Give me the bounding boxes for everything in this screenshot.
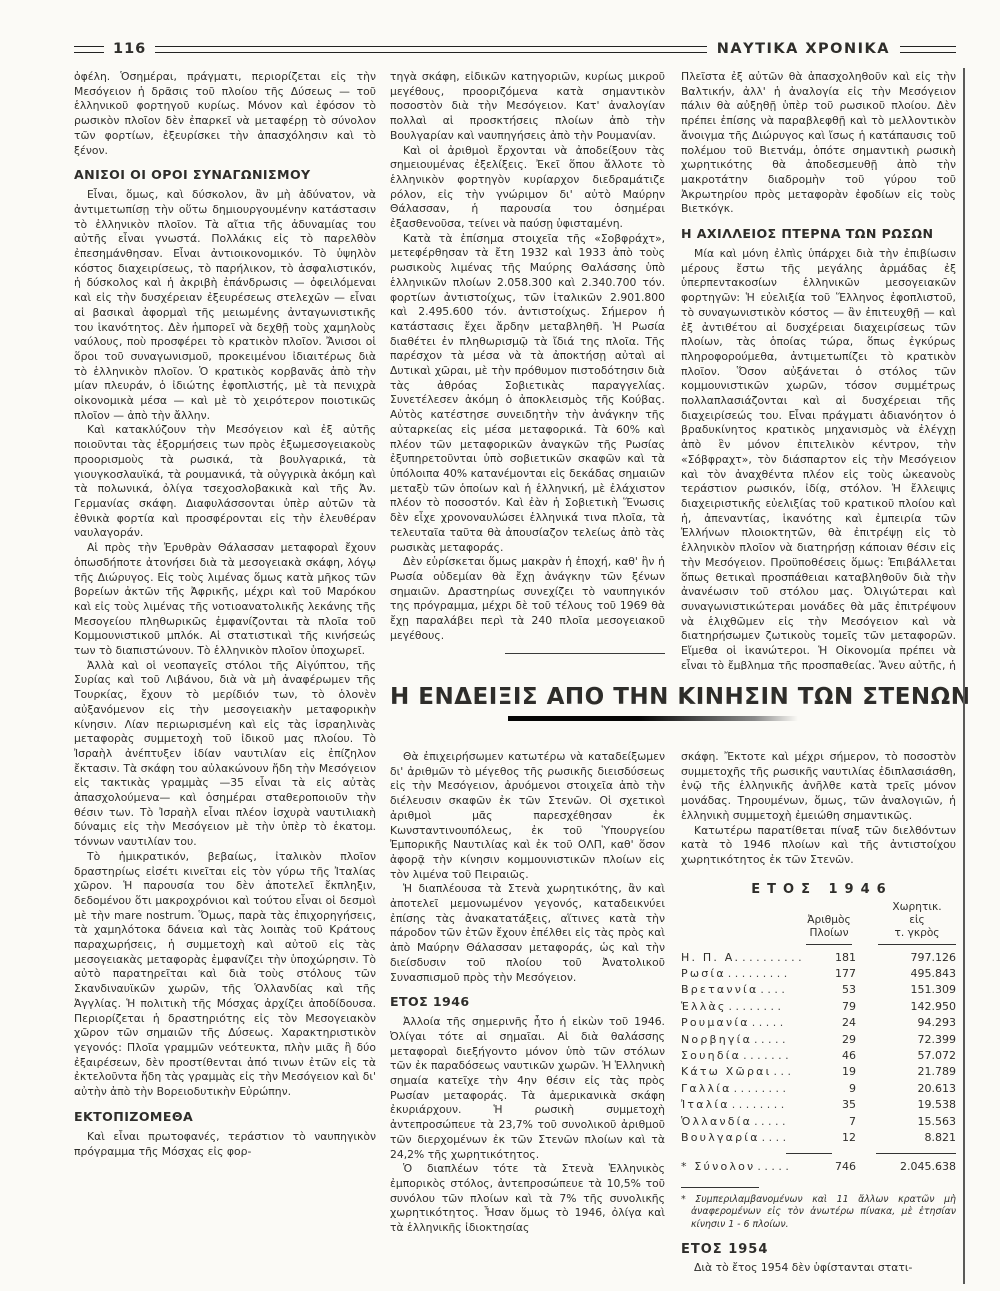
ships-cell: 177 [812,966,856,982]
ships-cell: 46 [812,1048,856,1064]
header-line: Χωρητικ. [878,901,956,914]
article1-continuation: τηγὰ σκάφη, εἰδικῶν κατηγοριῶν, κυρίως μ… [390,70,956,670]
double-rule [155,46,706,53]
paragraph: Δὲν εὑρίσκεται ὅμως μακρὰν ἡ ἐποχή, καθ'… [390,555,665,643]
table-row: Ἑλλὰς........79142.950 [681,999,956,1015]
section-heading: ΕΤΟΣ 1946 [390,994,665,1009]
leader-dots: ....... [743,1048,810,1064]
country-cell: Βρεταννία [681,982,758,998]
country-cell: Ρουμανία [681,1015,750,1031]
column-right-top: Πλεῖστα ἐξ αὐτῶν θὰ ἀπασχοληθοῦν καὶ εἰς… [681,70,956,670]
paragraph: Κατωτέρω παρατίθεται πίναξ τῶν διελθόντω… [681,824,956,868]
tonnage-cell: 797.126 [870,950,956,966]
footnote-rule [681,1187,759,1188]
ships-cell: 19 [812,1064,856,1080]
separator-rule [876,1153,956,1154]
country-cell: Η. Π. Α. [681,950,740,966]
table-row: Νορβηγία.....2972.399 [681,1032,956,1048]
article2-body: Θὰ ἐπιχειρήσωμεν κατωτέρω νὰ καταδείξωμε… [390,746,956,1290]
masthead-title: ΝΑΥΤΙΚΑ ΧΡΟΝΙΚΑ [717,41,890,57]
paragraph: Πλεῖστα ἐξ αὐτῶν θὰ ἀπασχοληθοῦν καὶ εἰς… [681,70,956,217]
article2-headline: Η ΕΝΔΕΙΞΙΣ ΑΠΟ ΤΗΝ ΚΙΝΗΣΙΝ ΤΩΝ ΣΤΕΝΩΝ [390,684,956,710]
paragraph: Ἡ διαπλέουσα τὰ Στενὰ χωρητικότης, ἂν κα… [390,882,665,985]
leader-dots: ..... [752,1015,810,1031]
tonnage-cell: 19.538 [870,1097,956,1113]
header-rule [806,944,852,945]
column-middle-bottom: Θὰ ἐπιχειρήσωμεν κατωτέρω νὰ καταδείξωμε… [390,750,665,1290]
page-header: 116 ΝΑΥΤΙΚΑ ΧΡΟΝΙΚΑ [74,40,956,58]
table-row: Γαλλία........920.613 [681,1081,956,1097]
headline-underline-bar [508,716,798,721]
country-cell: Βουλγαρία [681,1130,760,1146]
tonnage-cell: 94.293 [870,1015,956,1031]
paragraph: Θὰ ἐπιχειρήσωμεν κατωτέρω νὰ καταδείξωμε… [390,750,665,882]
ships-cell: 79 [812,999,856,1015]
ships-cell: 12 [812,1130,856,1146]
header-line: εἰς [878,914,956,927]
table-row: Ρωσία.........177495.843 [681,966,956,982]
column-right-bottom: σκάφη. Ἔκτοτε καὶ μέχρι σήμερον, τὸ ποσο… [681,750,956,1290]
country-cell: Κάτω Χῶραι [681,1064,772,1080]
tonnage-cell: 2.045.638 [870,1159,956,1175]
section-heading: ΑΝΙΣΟΙ ΟΙ ΟΡΟΙ ΣΥΝΑΓΩΝΙΣΜΟΥ [74,167,376,182]
paragraph: σκάφη. Ἔκτοτε καὶ μέχρι σήμερον, τὸ ποσο… [681,750,956,824]
tonnage-cell: 151.309 [870,982,956,998]
header-line: τ. γκρὸς [878,927,956,940]
paragraph: ὀφέλη. Ὁσημέραι, πράγματι, περιορίζεται … [74,70,376,158]
table-row: Βουλγαρία....128.821 [681,1130,956,1146]
leader-dots: ........ [729,999,810,1015]
tonnage-cell: 15.563 [870,1114,956,1130]
leader-dots: .... [762,1130,810,1146]
page-columns: ὀφέλη. Ὁσημέραι, πράγματι, περιορίζεται … [74,70,956,1290]
ships-cell: 181 [812,950,856,966]
ships-cell: 7 [812,1114,856,1130]
table-header-row: Ἀριθμὸς Πλοίων Χωρητικ. εἰς τ. γκρὸς [681,901,956,945]
right-section: τηγὰ σκάφη, εἰδικῶν κατηγοριῶν, κυρίως μ… [390,70,956,1290]
section-heading: ΕΚΤΟΠΙΖΟΜΕΘΑ [74,1109,376,1124]
paragraph: Καὶ κατακλύζουν τὴν Μεσόγειον καὶ ἐξ αὐτ… [74,423,376,541]
paragraph: Ἀλλοία τῆς σημερινῆς ἦτο ἡ εἰκὼν τοῦ 194… [390,1015,665,1162]
table-title: ΕΤΟΣ 1946 [681,882,956,897]
table-row: Η. Π. Α..........181797.126 [681,950,956,966]
separator-rule [786,1153,832,1154]
magazine-page: 116 ΝΑΥΤΙΚΑ ΧΡΟΝΙΚΑ ὀφέλη. Ὁσημέραι, πρά… [0,0,1000,1291]
paragraph: Ἀλλὰ καὶ οἱ νεοπαγεῖς στόλοι τῆς Αἰγύπτο… [74,659,376,850]
paragraph: τηγὰ σκάφη, εἰδικῶν κατηγοριῶν, κυρίως μ… [390,70,665,144]
paragraph: Ὁ διαπλέων τότε τὰ Στενὰ Ἑλληνικὸς ἐμπορ… [390,1162,665,1236]
leader-dots: ..... [754,1032,810,1048]
total-separator-rules [681,1153,956,1154]
header-line: Ἀριθμὸς [806,914,852,927]
leader-dots: ..... [757,1159,810,1175]
double-rule [74,46,104,53]
ships-cell: 746 [812,1159,856,1175]
ships-cell: 9 [812,1081,856,1097]
paragraph: Εἶναι, ὅμως, καὶ δύσκολον, ἂν μὴ ἀδύνατο… [74,188,376,423]
page-edge-rule [963,68,965,1284]
separator-rule [505,653,665,654]
column-left: ὀφέλη. Ὁσημέραι, πράγματι, περιορίζεται … [74,70,376,1290]
paragraph: Τὸ ἡμικρατικόν, βεβαίως, ἰταλικὸν πλοῖον… [74,850,376,1100]
tonnage-cell: 142.950 [870,999,956,1015]
page-number: 116 [113,41,146,57]
column-middle-top: τηγὰ σκάφη, εἰδικῶν κατηγοριῶν, κυρίως μ… [390,70,665,670]
country-cell: Σουηδία [681,1048,741,1064]
paragraph: Μία καὶ μόνη ἐλπὶς ὑπάρχει διὰ τὴν ἐπιβί… [681,247,956,670]
leader-dots: ..... [754,1114,810,1130]
leader-dots: ........ [732,1097,810,1113]
tonnage-cell: 72.399 [870,1032,956,1048]
paragraph: Διὰ τὸ ἔτος 1954 δὲν ὑφίστανται στατι- [681,1261,956,1276]
country-cell: Νορβηγία [681,1032,752,1048]
total-label: * Σύνολον [681,1159,755,1175]
tonnage-cell: 8.821 [870,1130,956,1146]
leader-dots: ........ [734,1081,810,1097]
table-row: Ἰταλία........3519.538 [681,1097,956,1113]
ships-cell: 24 [812,1015,856,1031]
header-line: Πλοίων [806,927,852,940]
paragraph: Καὶ εἶναι πρωτοφανές, τεράστιον τὸ ναυπη… [74,1130,376,1159]
country-cell: Ὁλλανδία [681,1114,752,1130]
tonnage-column-header: Χωρητικ. εἰς τ. γκρὸς [878,901,956,945]
table-row: Σουηδία.......4657.072 [681,1048,956,1064]
ships-column-header: Ἀριθμὸς Πλοίων [806,914,852,945]
table-row: Κάτω Χῶραι...1921.789 [681,1064,956,1080]
country-cell: Ἰταλία [681,1097,730,1113]
article2-header: Η ΕΝΔΕΙΞΙΣ ΑΠΟ ΤΗΝ ΚΙΝΗΣΙΝ ΤΩΝ ΣΤΕΝΩΝ [390,670,956,746]
table-row: Ὁλλανδία.....715.563 [681,1114,956,1130]
country-cell: Ἑλλὰς [681,999,727,1015]
tonnage-cell: 20.613 [870,1081,956,1097]
ships-cell: 29 [812,1032,856,1048]
country-cell: Ρωσία [681,966,726,982]
ships-cell: 53 [812,982,856,998]
table-total-row: * Σύνολον.....7462.045.638 [681,1159,956,1175]
section-heading: ΕΤΟΣ 1954 [681,1242,956,1257]
double-rule [900,46,956,53]
table-footnote: * Συμπεριλαμβανομένων καὶ 11 ἄλλων κρατῶ… [681,1194,956,1231]
paragraph: Καὶ οἱ ἀριθμοὶ ἔρχονται νὰ ἀποδείξουν τὰ… [390,144,665,232]
paragraph: Αἱ πρὸς τὴν Ἐρυθρὰν Θάλασσαν μεταφοραὶ ἔ… [74,541,376,659]
header-rule [878,944,956,945]
table-row: Βρεταννία....53151.309 [681,982,956,998]
paragraph: Κατὰ τὰ ἐπίσημα στοιχεῖα τῆς «Σοβφράχτ»,… [390,232,665,555]
ships-cell: 35 [812,1097,856,1113]
tonnage-cell: 495.843 [870,966,956,982]
tonnage-cell: 57.072 [870,1048,956,1064]
section-heading: Η ΑΧΙΛΛΕΙΟΣ ΠΤΕΡΝΑ ΤΩΝ ΡΩΣΩΝ [681,226,956,241]
table-row: Ρουμανία.....2494.293 [681,1015,956,1031]
leader-dots: ......... [728,966,810,982]
statistics-table: ΕΤΟΣ 1946 Ἀριθμὸς Πλοίων Χωρητικ. εἰς [681,882,956,1175]
leader-dots: ......... [742,950,810,966]
tonnage-cell: 21.789 [870,1064,956,1080]
leader-dots: .... [760,982,810,998]
country-cell: Γαλλία [681,1081,732,1097]
leader-dots: ... [774,1064,811,1080]
